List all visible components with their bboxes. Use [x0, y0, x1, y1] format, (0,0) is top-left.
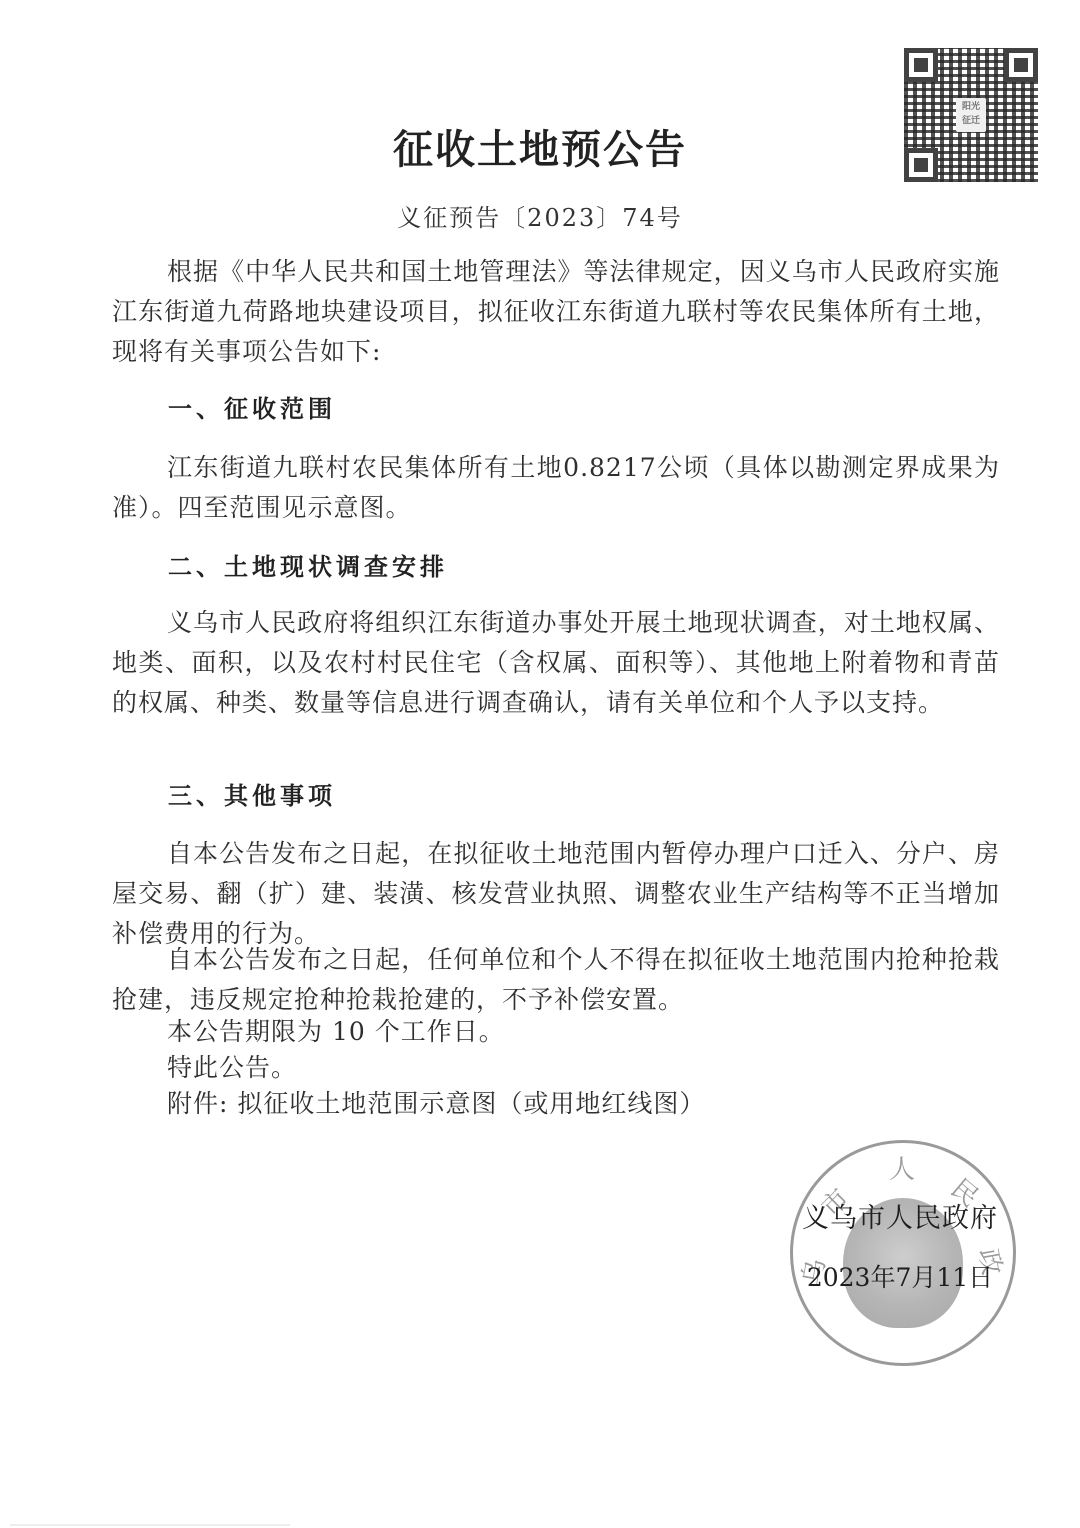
- notice-period: 本公告期限为 10 个工作日。: [112, 1012, 1000, 1052]
- scope-paragraph: 江东街道九联村农民集体所有土地0.8217公顷（具体以勘测定界成果为准）。四至范…: [112, 448, 1000, 528]
- other-paragraph-suspension: 自本公告发布之日起，在拟征收土地范围内暂停办理户口迁入、分户、房屋交易、翻（扩）…: [112, 834, 1000, 954]
- document-number: 义征预告〔2023〕74号: [0, 198, 1080, 233]
- other-paragraph-prohibition: 自本公告发布之日起，任何单位和个人不得在拟征收土地范围内抢种抢栽抢建，违反规定抢…: [112, 940, 1000, 1020]
- signing-date: 2023年7月11日: [790, 1258, 1010, 1294]
- scan-edge: [10, 1524, 290, 1526]
- qr-logo-line1: 阳光: [956, 100, 986, 114]
- qr-finder-pattern: [904, 48, 938, 82]
- section-heading-other: 三、其他事项: [168, 776, 336, 811]
- survey-paragraph: 义乌市人民政府将组织江东街道办事处开展土地现状调查，对土地权属、地类、面积，以及…: [112, 603, 1000, 723]
- section-heading-scope: 一、征收范围: [168, 389, 336, 424]
- official-seal: 市 人 民 乌 政: [790, 1140, 1016, 1366]
- document-page: 阳光 征迁 征收土地预公告 义征预告〔2023〕74号 根据《中华人民共和国土地…: [0, 0, 1080, 1528]
- attachment-line: 附件: 拟征收土地范围示意图（或用地红线图）: [112, 1084, 1000, 1124]
- closing-line: 特此公告。: [112, 1048, 1000, 1088]
- document-title: 征收土地预公告: [0, 118, 1080, 175]
- intro-paragraph: 根据《中华人民共和国土地管理法》等法律规定，因义乌市人民政府实施江东街道九荷路地…: [112, 252, 1000, 372]
- seal-char: 人: [889, 1149, 915, 1186]
- signing-organization: 义乌市人民政府: [790, 1196, 1010, 1235]
- qr-finder-pattern: [1004, 48, 1038, 82]
- section-heading-survey: 二、土地现状调查安排: [168, 547, 448, 582]
